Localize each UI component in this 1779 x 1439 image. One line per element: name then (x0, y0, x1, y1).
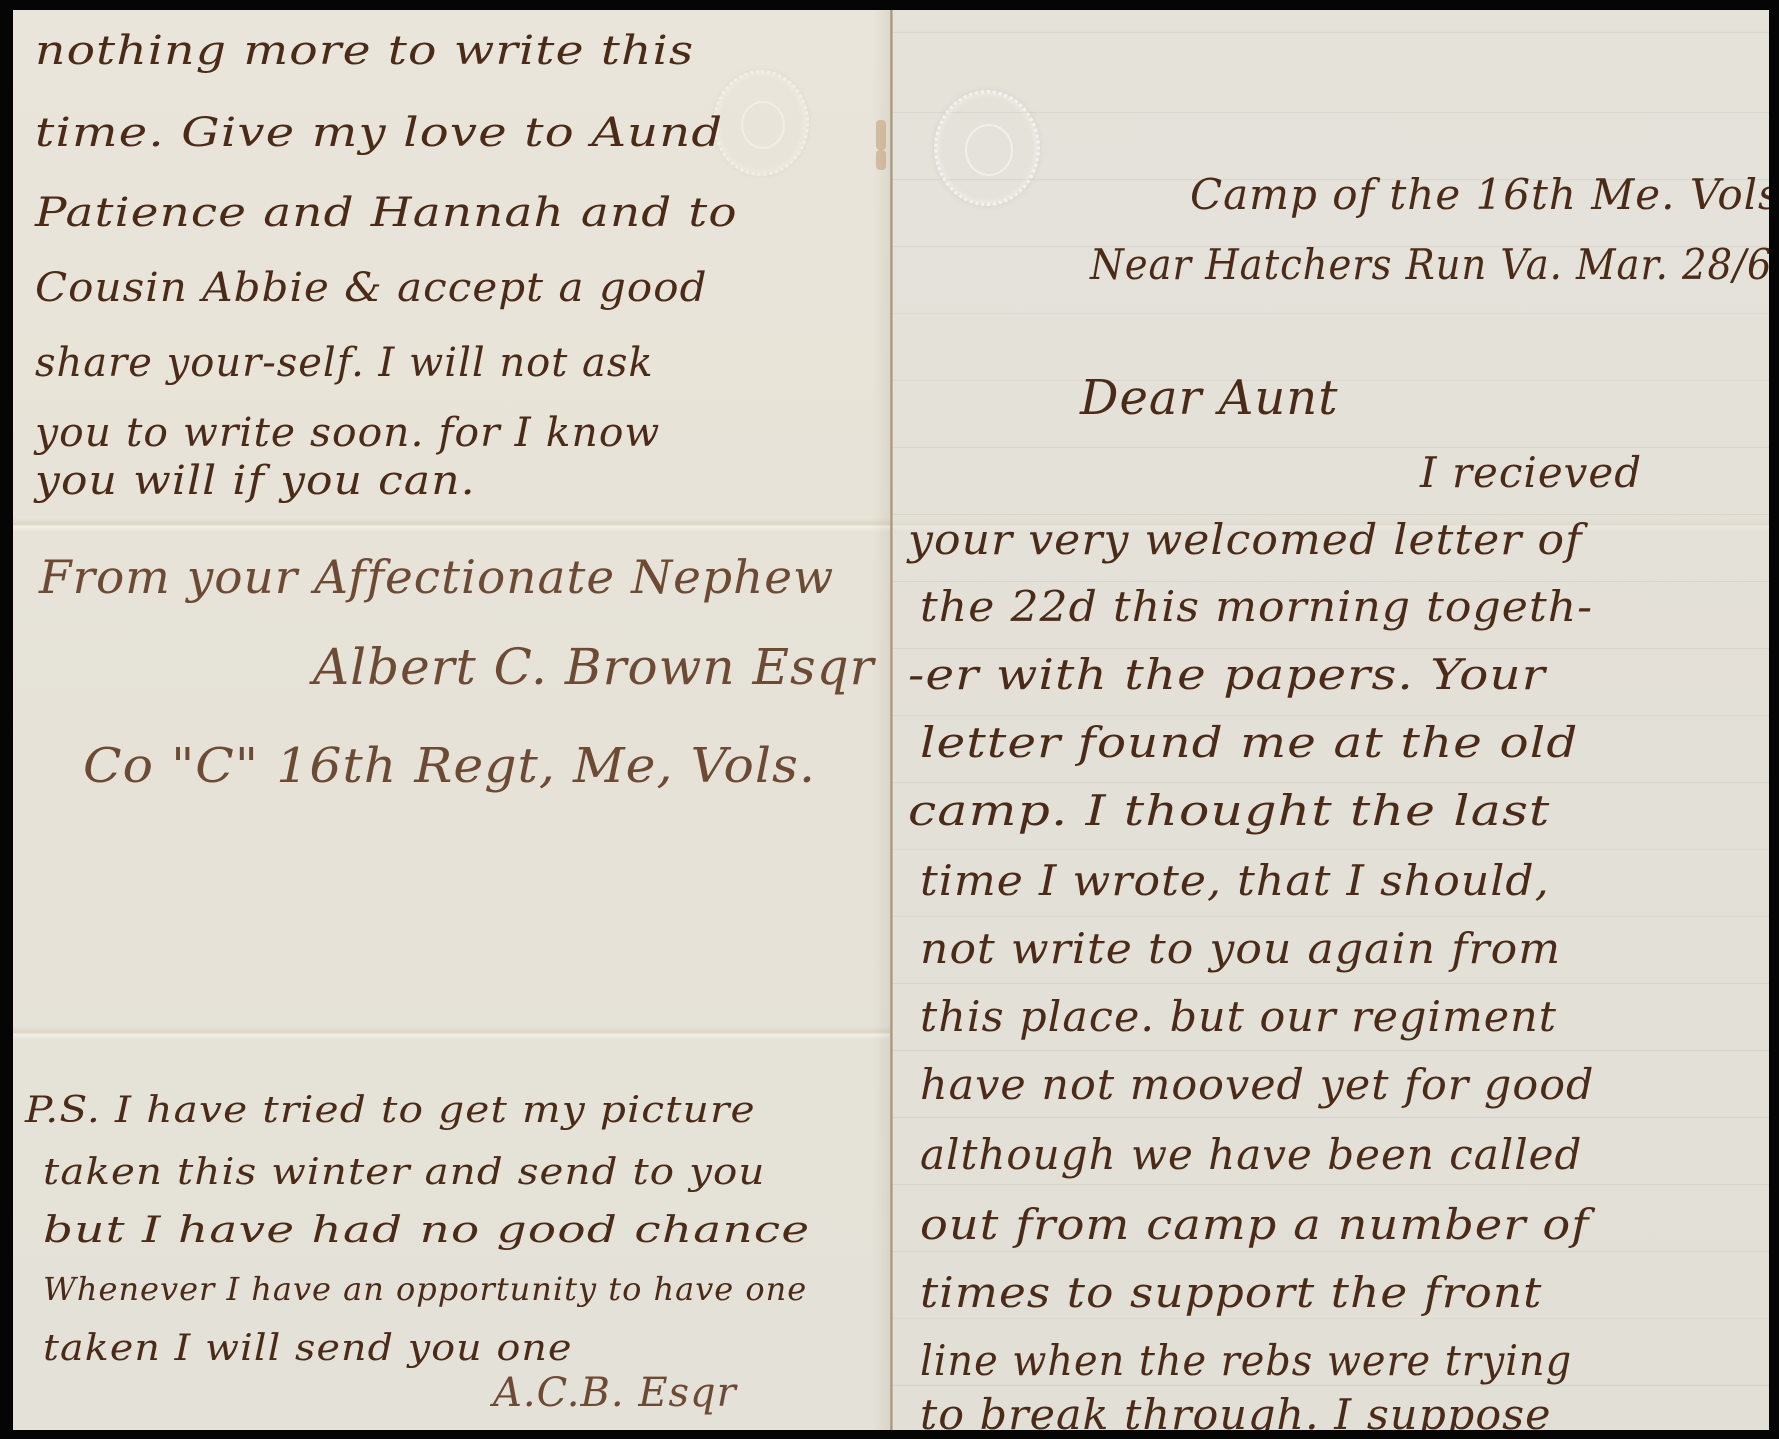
letter-body-line: letter found me at the old (920, 718, 1578, 767)
letter-body-line: to break through. I suppose (920, 1390, 1552, 1430)
left-page: nothing more to write this time. Give my… (13, 10, 890, 1430)
letter-line: you will if you can. (35, 458, 476, 504)
letter-line: you to write soon. for I know (35, 410, 660, 456)
letter-body-line: times to support the front (920, 1268, 1542, 1317)
letter-body-line: line when the rebs were trying (920, 1336, 1572, 1385)
embossed-seal-icon (713, 70, 809, 176)
horizontal-fold-crease (13, 518, 890, 532)
letter-line: Cousin Abbie & accept a good (35, 265, 708, 311)
letter-line: nothing more to write this (35, 28, 694, 74)
valediction: From your Affectionate Nephew (39, 550, 834, 604)
embossed-seal-icon (934, 90, 1040, 206)
letter-body-line: although we have been called (920, 1130, 1582, 1179)
letter-body-line: this place. but our regiment (920, 992, 1557, 1041)
letter-body-line: time I wrote, that I should, (920, 856, 1550, 905)
letter-body-line: not write to you again from (920, 924, 1561, 973)
right-page: Camp of the 16th Me. Vols. Near Hatchers… (890, 10, 1769, 1430)
unit-designation: Co "C" 16th Regt, Me, Vols. (83, 738, 816, 794)
letter-heading-line: Camp of the 16th Me. Vols. (1190, 170, 1769, 219)
letter-body-line: have not mooved yet for good (920, 1060, 1594, 1109)
edge-stain (876, 120, 886, 150)
postscript-line: taken this winter and send to you (43, 1152, 765, 1193)
letter-line: time. Give my love to Aund (35, 110, 723, 156)
postscript-line: taken I will send you one (43, 1328, 573, 1369)
letter-body-line: the 22d this morning togeth- (920, 582, 1593, 631)
postscript-signature: A.C.B. Esqr (493, 1370, 737, 1416)
letter-body-line: your very welcomed letter of (908, 515, 1582, 564)
edge-stain (876, 150, 886, 170)
postscript-line: but I have had no good chance (43, 1210, 810, 1251)
letter-line: share your-self. I will not ask (35, 340, 654, 386)
letter-heading-line: Near Hatchers Run Va. Mar. 28/65 (1090, 240, 1769, 289)
letter-sheet: nothing more to write this time. Give my… (13, 10, 1769, 1430)
letter-body-line: -er with the papers. Your (908, 650, 1546, 699)
letter-body-line: I recieved (1420, 448, 1642, 497)
letter-line: Patience and Hannah and to (35, 190, 738, 236)
letter-body-line: camp. I thought the last (908, 786, 1550, 835)
postscript-line: P.S. I have tried to get my picture (25, 1090, 756, 1131)
letter-body-line: out from camp a number of (920, 1200, 1589, 1249)
center-fold-shadow (873, 10, 890, 1430)
signature: Albert C. Brown Esqr (313, 638, 875, 696)
center-fold (890, 10, 893, 1430)
postscript-line: Whenever I have an opportunity to have o… (43, 1270, 807, 1308)
salutation: Dear Aunt (1080, 370, 1339, 426)
horizontal-fold-crease (13, 1026, 890, 1040)
